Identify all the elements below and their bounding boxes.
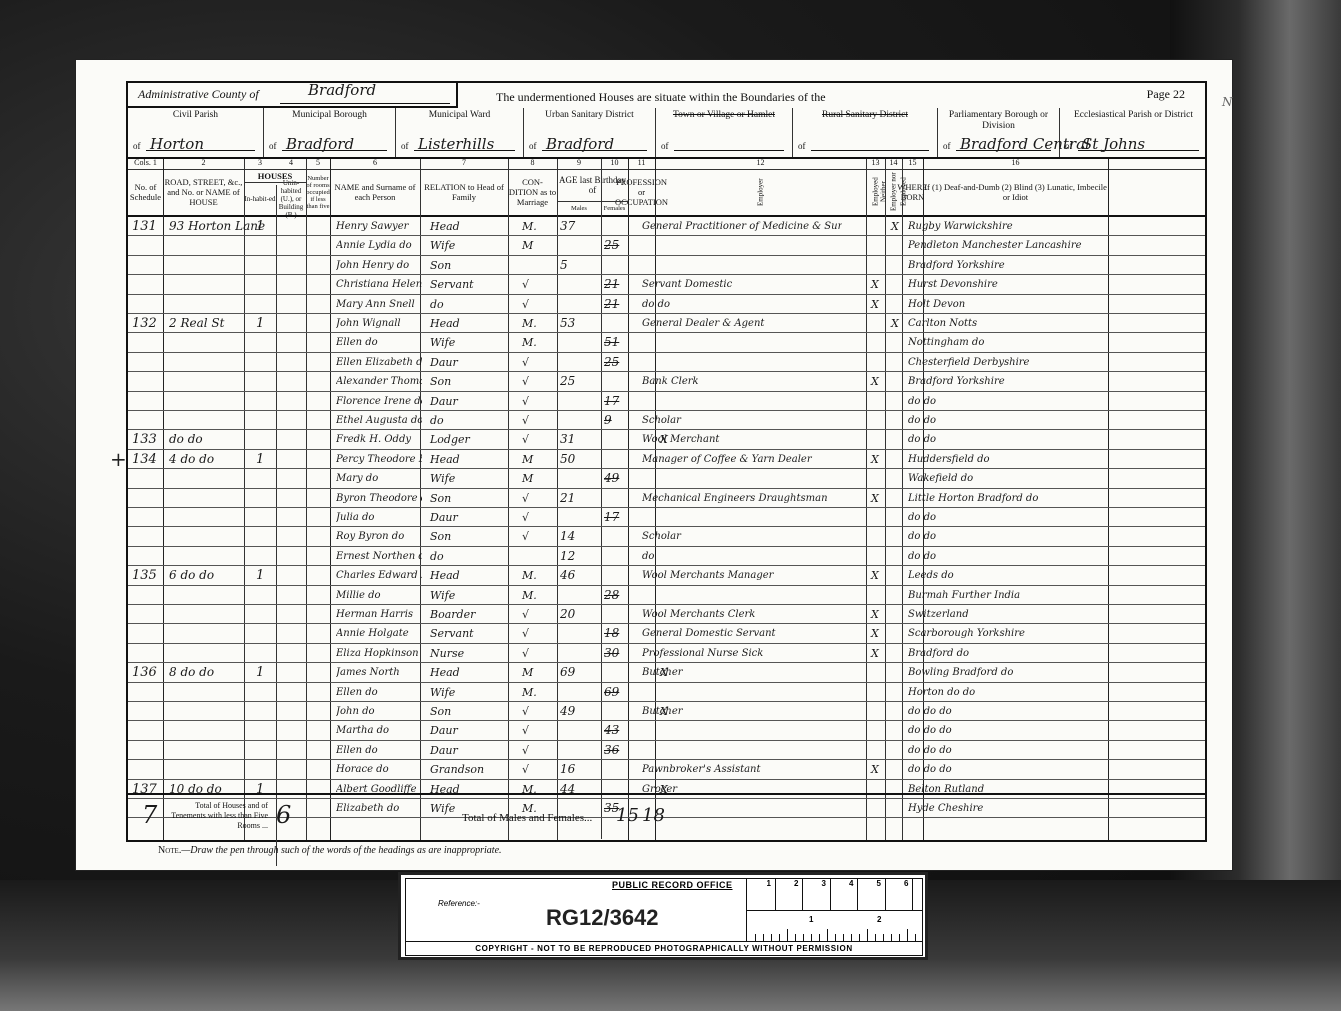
of-label: of — [1065, 141, 1073, 151]
area-6: Parliamentary Borough or DivisionofBradf… — [938, 108, 1060, 157]
cell-born: Burmah Further India — [908, 586, 1088, 605]
cell-female-age: 51 — [604, 333, 626, 352]
cell-relation: Son — [430, 256, 480, 275]
table-row: Ellen doWifeM.51Nottingham do — [128, 333, 1205, 352]
cell-condition: √ — [522, 508, 552, 527]
houses-total-value: 6 — [276, 801, 291, 829]
cell-born: do do — [908, 508, 1088, 527]
copyright-notice: COPYRIGHT - NOT TO BE REPRODUCED PHOTOGR… — [406, 941, 922, 955]
table-row: Horace doGrandson√16Pawnbroker's Assista… — [128, 760, 1205, 779]
margin-cross-mark: + — [110, 447, 127, 471]
table-row: 13193 Horton Lane1Henry SawyerHeadM.37Ge… — [128, 217, 1205, 236]
cell-occupation: General Dealer & Agent — [642, 314, 842, 333]
column-header: No. of Schedule — [128, 169, 163, 215]
cell-born: Bowling Bradford do — [908, 663, 1088, 682]
cell-name: Ernest Northen do — [336, 547, 422, 566]
cell-male-age: 20 — [560, 605, 582, 624]
cell-female-age: 49 — [604, 469, 626, 488]
cell-occupation: do do — [642, 295, 842, 314]
cell-relation: Head — [430, 314, 480, 333]
table-row: Mary Ann Snelldo√21do doXHolt Devon — [128, 295, 1205, 314]
cell-condition: M — [522, 663, 552, 682]
cell-occupation: Wool Merchant — [642, 430, 842, 449]
table-row: 1356 do do1Charles Edward BroughtonHeadM… — [128, 566, 1205, 585]
cell-employed: X — [871, 624, 883, 643]
cell-employed: X — [871, 760, 883, 779]
column-number: 8 — [508, 158, 557, 167]
scale-tick — [907, 929, 908, 941]
cell-condition: √ — [522, 489, 552, 508]
of-label: of — [943, 141, 951, 151]
column-number: 10 — [601, 158, 628, 167]
cell-born: Scarborough Yorkshire — [908, 624, 1088, 643]
column-header: PROFESSION or OCCUPATION — [628, 169, 655, 215]
scale-tick — [755, 934, 756, 941]
table-row: Ellen Elizabeth doDaur√25Chesterfield De… — [128, 353, 1205, 372]
area-label: Town or Village or Hamlet — [656, 110, 792, 121]
table-row: Florence Irene doDaur√17do do — [128, 392, 1205, 411]
cell-born: Wakefield do — [908, 469, 1088, 488]
cell-condition: √ — [522, 527, 552, 546]
cell-name: James North — [336, 663, 422, 682]
cell-neither: X — [891, 314, 903, 333]
scale-tick — [859, 934, 860, 941]
table-row: Byron Theodore doSon√21Mechanical Engine… — [128, 489, 1205, 508]
footnote: Note.—Draw the pen through such of the w… — [158, 845, 502, 856]
area-value: St Johns — [1082, 135, 1145, 153]
cell-relation: Boarder — [430, 605, 480, 624]
cell-address: 8 do do — [169, 663, 247, 682]
cell-name: Charles Edward Broughton — [336, 566, 422, 585]
cell-condition: M. — [522, 586, 552, 605]
scale-label-top: 2 — [794, 879, 798, 888]
scale-label-bottom: 1 — [809, 915, 813, 924]
cell-occupation: Bank Clerk — [642, 372, 842, 391]
cell-employed: X — [871, 275, 883, 294]
cell-born: do do do — [908, 760, 1088, 779]
cell-condition: M — [522, 236, 552, 255]
cell-condition: √ — [522, 644, 552, 663]
area-underline — [674, 150, 784, 151]
cell-born: do do — [908, 411, 1088, 430]
census-sheet: Administrative County of Bradford The un… — [126, 81, 1207, 842]
scale-tick — [819, 934, 820, 941]
column-number: Cols. 1 — [128, 158, 163, 167]
cell-occupation: Professional Nurse Sick — [642, 644, 842, 663]
cell-name: John do — [336, 702, 422, 721]
cell-condition: M. — [522, 566, 552, 585]
cell-born: Bradford Yorkshire — [908, 372, 1088, 391]
cell-relation: do — [430, 547, 480, 566]
cell-occupation: Scholar — [642, 527, 842, 546]
cell-relation: do — [430, 295, 480, 314]
cell-occupation: Servant Domestic — [642, 275, 842, 294]
column-header: NAME and Surname of each Person — [330, 169, 420, 215]
cell-schedule: 135 — [132, 566, 162, 585]
cell-male-age: 49 — [560, 702, 582, 721]
cell-relation: Son — [430, 372, 480, 391]
cell-condition: M. — [522, 333, 552, 352]
cell-born: do do do — [908, 721, 1088, 740]
reference-label: Reference:- — [438, 899, 480, 908]
county-value: Bradford — [308, 81, 376, 99]
cell-relation: Servant — [430, 275, 480, 294]
table-row: John Henry doSon5Bradford Yorkshire — [128, 256, 1205, 275]
cell-occupation: do — [642, 547, 842, 566]
cell-inhabited: 1 — [256, 663, 272, 682]
table-row: Ethel Augusta dodo√9Scholardo do — [128, 411, 1205, 430]
area-value: Bradford — [286, 135, 354, 153]
scale-tick — [885, 879, 886, 910]
scale-tick — [795, 934, 796, 941]
cell-relation: Son — [430, 489, 480, 508]
cell-employed: X — [871, 566, 883, 585]
table-row: 1322 Real St1John WignallHeadM.53General… — [128, 314, 1205, 333]
of-label: of — [661, 141, 669, 151]
cell-condition: √ — [522, 721, 552, 740]
cell-male-age: 31 — [560, 430, 582, 449]
cell-name: Florence Irene do — [336, 392, 422, 411]
scale-tick — [912, 879, 913, 910]
scale-label-bottom: 2 — [877, 915, 881, 924]
table-row: John doSon√49ButcherXdo do do — [128, 702, 1205, 721]
cell-relation: Wife — [430, 236, 480, 255]
scale-tick — [811, 934, 812, 941]
scale-tick — [771, 934, 772, 941]
persons-total-label: Total of Males and Females... — [462, 812, 592, 824]
area-label: Municipal Ward — [396, 110, 523, 121]
cell-address: do do — [169, 430, 247, 449]
cell-occupation: General Domestic Servant — [642, 624, 842, 643]
cell-relation: Grandson — [430, 760, 480, 779]
cell-name: Ellen Elizabeth do — [336, 353, 422, 372]
column-header: In-habit-ed — [244, 183, 276, 215]
cell-born: do do — [908, 392, 1088, 411]
cell-relation: Wife — [430, 469, 480, 488]
table-row: Alexander Thomas doSon√25Bank ClerkXBrad… — [128, 372, 1205, 391]
column-number: 15 — [902, 158, 923, 167]
cell-born: Carlton Notts — [908, 314, 1088, 333]
cell-condition: √ — [522, 605, 552, 624]
cell-name: John Wignall — [336, 314, 422, 333]
houses-total-label: Total of Houses and of Tenements with le… — [168, 801, 268, 831]
scale-tick — [802, 879, 803, 910]
table-row: Ellen doWifeM.69Horton do do — [128, 683, 1205, 702]
cell-occupation: Pawnbroker's Assistant — [642, 760, 842, 779]
area-label: Rural Sanitary District — [793, 110, 937, 121]
cell-occupation: Wool Merchants Clerk — [642, 605, 842, 624]
cell-female-age: 43 — [604, 721, 626, 740]
cell-name: John Henry do — [336, 256, 422, 275]
cell-male-age: 37 — [560, 217, 582, 236]
area-underline — [811, 150, 929, 151]
cell-schedule: 133 — [132, 430, 162, 449]
cell-name: Herman Harris — [336, 605, 422, 624]
cell-address: 4 do do — [169, 450, 247, 469]
area-7: Ecclesiastical Parish or DistrictofSt Jo… — [1060, 108, 1207, 157]
cell-schedule: 136 — [132, 663, 162, 682]
cell-name: Christiana Helena Bowden — [336, 275, 422, 294]
cell-condition: √ — [522, 741, 552, 760]
cell-name: Millie do — [336, 586, 422, 605]
area-2: Municipal WardofListerhills — [396, 108, 524, 157]
cell-name: Alexander Thomas do — [336, 372, 422, 391]
scale-label-top: 3 — [822, 879, 826, 888]
column-number: 13 — [866, 158, 885, 167]
cell-employed: X — [871, 450, 883, 469]
cell-name: Byron Theodore do — [336, 489, 422, 508]
cell-name: Ellen do — [336, 333, 422, 352]
cell-schedule: 131 — [132, 217, 162, 236]
cell-condition: M — [522, 450, 552, 469]
cell-occupation: Scholar — [642, 411, 842, 430]
cell-name: Eliza Hopkinson — [336, 644, 422, 663]
column-header: Employer — [655, 169, 866, 215]
table-row: 133do doFredk H. OddyLodger√31Wool Merch… — [128, 430, 1205, 449]
cell-female-age: 17 — [604, 392, 626, 411]
of-label: of — [798, 141, 806, 151]
column-number: 4 — [276, 158, 306, 167]
scale-label-top: 6 — [904, 879, 908, 888]
cell-condition: M. — [522, 683, 552, 702]
table-row: Ernest Northen dodo12dodo do — [128, 547, 1205, 566]
cell-born: Huddersfield do — [908, 450, 1088, 469]
cell-relation: Son — [430, 702, 480, 721]
scale-tick — [775, 879, 776, 910]
cell-female-age: 18 — [604, 624, 626, 643]
scale-tick — [835, 934, 836, 941]
column-number: 2 — [163, 158, 244, 167]
cell-male-age: 16 — [560, 760, 582, 779]
cell-born: do do do — [908, 741, 1088, 760]
scale-tick — [851, 934, 852, 941]
cell-relation: Daur — [430, 353, 480, 372]
cell-female-age: 17 — [604, 508, 626, 527]
area-label: Parliamentary Borough or Division — [938, 110, 1059, 132]
cell-condition: √ — [522, 275, 552, 294]
scale-label-top: 1 — [767, 879, 771, 888]
cell-born: Horton do do — [908, 683, 1088, 702]
cell-employed: X — [871, 295, 883, 314]
cell-condition: M. — [522, 217, 552, 236]
scale-tick — [827, 929, 828, 941]
cell-male-age: 5 — [560, 256, 582, 275]
cell-born: Bradford do — [908, 644, 1088, 663]
area-3: Urban Sanitary DistrictofBradford — [524, 108, 656, 157]
cell-name: Mary Ann Snell — [336, 295, 422, 314]
cell-condition: √ — [522, 624, 552, 643]
cell-name: Horace do — [336, 760, 422, 779]
table-row: Millie doWifeM.28Burmah Further India — [128, 586, 1205, 605]
area-value: Horton — [150, 135, 204, 153]
cell-born: Rugby Warwickshire — [908, 217, 1088, 236]
cell-employed: X — [871, 489, 883, 508]
cell-female-age: 21 — [604, 295, 626, 314]
cell-relation: Head — [430, 217, 480, 236]
corner-mark: N — [1222, 95, 1233, 109]
cell-born: Chesterfield Derbyshire — [908, 353, 1088, 372]
scale-tick — [763, 934, 764, 941]
area-label: Civil Parish — [128, 110, 263, 121]
cell-male-age: 53 — [560, 314, 582, 333]
cell-relation: Wife — [430, 333, 480, 352]
cell-relation: Daur — [430, 721, 480, 740]
houses-header: HOUSES — [244, 169, 306, 183]
cell-male-age: 50 — [560, 450, 582, 469]
page-number: Page 22 — [1147, 87, 1185, 102]
area-value: Listerhills — [418, 135, 494, 153]
cell-relation: Lodger — [430, 430, 480, 449]
cell-relation: Daur — [430, 741, 480, 760]
cell-relation: Head — [430, 663, 480, 682]
cell-name: Mary do — [336, 469, 422, 488]
cell-born: do do do — [908, 702, 1088, 721]
cell-employed: X — [871, 644, 883, 663]
cell-schedule: 132 — [132, 314, 162, 333]
column-headers: No. of ScheduleROAD, STREET, &c., and No… — [128, 169, 1205, 217]
cell-condition: M. — [522, 314, 552, 333]
table-row: Christiana Helena BowdenServant√21Servan… — [128, 275, 1205, 294]
cell-male-age: 14 — [560, 527, 582, 546]
females-total: 18 — [642, 805, 665, 826]
scale-tick — [803, 934, 804, 941]
females-header: Females — [601, 201, 628, 215]
record-office-slip: PUBLIC RECORD OFFICE Reference:- RG12/36… — [398, 872, 928, 960]
column-number: 11 — [628, 158, 655, 167]
cell-born: Holt Devon — [908, 295, 1088, 314]
males-total: 15 — [616, 805, 639, 826]
cell-relation: Head — [430, 566, 480, 585]
scale-tick — [779, 934, 780, 941]
cell-female-age: 36 — [604, 741, 626, 760]
cell-employer: X — [660, 702, 672, 721]
cell-relation: do — [430, 411, 480, 430]
county-label: Administrative County of — [138, 87, 259, 102]
cell-relation: Wife — [430, 586, 480, 605]
cell-occupation: Butcher — [642, 702, 842, 721]
cell-relation: Head — [430, 450, 480, 469]
scale-label-top: 4 — [849, 879, 853, 888]
table-row: Roy Byron doSon√14Scholardo do — [128, 527, 1205, 546]
area-label: Municipal Borough — [264, 110, 395, 121]
cell-relation: Daur — [430, 508, 480, 527]
scale-tick — [843, 934, 844, 941]
column-number: 7 — [420, 158, 508, 167]
scale-tick — [857, 879, 858, 910]
cell-female-age: 69 — [604, 683, 626, 702]
cell-male-age: 12 — [560, 547, 582, 566]
cell-name: Martha do — [336, 721, 422, 740]
column-header: WHERE BORN — [902, 169, 923, 215]
cell-name: Roy Byron do — [336, 527, 422, 546]
scale-tick — [875, 934, 876, 941]
cell-relation: Daur — [430, 392, 480, 411]
column-number: 3 — [244, 158, 276, 167]
scale-tick — [787, 929, 788, 941]
scale-tick — [867, 929, 868, 941]
of-label: of — [401, 141, 409, 151]
cell-employer: X — [660, 663, 672, 682]
totals-row: 7 Total of Houses and of Tenements with … — [128, 793, 1205, 842]
cell-occupation: Wool Merchants Manager — [642, 566, 842, 585]
area-row: Civil ParishofHortonMunicipal BoroughofB… — [128, 108, 1205, 159]
table-row: Annie HolgateServant√18General Domestic … — [128, 624, 1205, 643]
cell-male-age: 25 — [560, 372, 582, 391]
cell-inhabited: 1 — [256, 450, 272, 469]
cell-inhabited: 1 — [256, 566, 272, 585]
area-value: Bradford — [546, 135, 614, 153]
office-label: PUBLIC RECORD OFFICE — [612, 880, 733, 890]
area-0: Civil ParishofHorton — [128, 108, 264, 157]
cell-female-age: 9 — [604, 411, 626, 430]
cell-born: do do — [908, 547, 1088, 566]
cell-name: Fredk H. Oddy — [336, 430, 422, 449]
column-number: 9 — [557, 158, 601, 167]
cell-female-age: 21 — [604, 275, 626, 294]
cell-neither: X — [891, 217, 903, 236]
area-label: Ecclesiastical Parish or District — [1060, 110, 1207, 121]
cell-condition: √ — [522, 295, 552, 314]
cell-born: do do — [908, 430, 1088, 449]
cell-born: Switzerland — [908, 605, 1088, 624]
males-header: Males — [557, 201, 601, 215]
column-header: RELATION to Head of Family — [420, 169, 508, 215]
cell-relation: Son — [430, 527, 480, 546]
cell-condition: √ — [522, 760, 552, 779]
cell-born: Pendleton Manchester Lancashire — [908, 236, 1088, 255]
cell-employer: X — [660, 430, 672, 449]
cell-employed: X — [871, 372, 883, 391]
reference-value: RG12/3642 — [546, 905, 659, 931]
cell-occupation: General Practitioner of Medicine & Surge… — [642, 217, 842, 236]
area-label: Urban Sanitary District — [524, 110, 655, 121]
table-row: Mary doWifeM49Wakefield do — [128, 469, 1205, 488]
measurement-scale: 12345612 — [746, 879, 923, 941]
table-row: Eliza HopkinsonNurse√30Professional Nurs… — [128, 644, 1205, 663]
column-header: If (1) Deaf-and-Dumb (2) Blind (3) Lunat… — [923, 169, 1108, 215]
column-number: 14 — [885, 158, 902, 167]
of-label: of — [269, 141, 277, 151]
of-label: of — [529, 141, 537, 151]
cell-condition: √ — [522, 372, 552, 391]
cell-condition: √ — [522, 702, 552, 721]
column-number: 16 — [923, 158, 1108, 167]
table-row: 1344 do do1Percy Theodore BoothroydHeadM… — [128, 450, 1205, 469]
cell-condition: M — [522, 469, 552, 488]
table-row: Martha doDaur√43do do do — [128, 721, 1205, 740]
cell-condition: √ — [522, 430, 552, 449]
cell-name: Ellen do — [336, 741, 422, 760]
cell-name: Percy Theodore Boothroyd — [336, 450, 422, 469]
of-label: of — [133, 141, 141, 151]
cell-male-age: 21 — [560, 489, 582, 508]
cell-name: Annie Lydia do — [336, 236, 422, 255]
column-header: ROAD, STREET, &c., and No. or NAME of HO… — [163, 169, 244, 215]
cell-name: Julia do — [336, 508, 422, 527]
cell-relation: Wife — [430, 683, 480, 702]
cell-female-age: 25 — [604, 236, 626, 255]
cell-male-age: 46 — [560, 566, 582, 585]
area-1: Municipal BoroughofBradford — [264, 108, 396, 157]
cell-condition: √ — [522, 411, 552, 430]
area-5: Rural Sanitary Districtof — [793, 108, 938, 157]
total-schedules: 7 — [142, 801, 157, 829]
cell-born: Little Horton Bradford do — [908, 489, 1088, 508]
area-4: Town or Village or Hamletof — [656, 108, 793, 157]
cell-relation: Servant — [430, 624, 480, 643]
cell-born: do do — [908, 527, 1088, 546]
cell-address: 6 do do — [169, 566, 247, 585]
